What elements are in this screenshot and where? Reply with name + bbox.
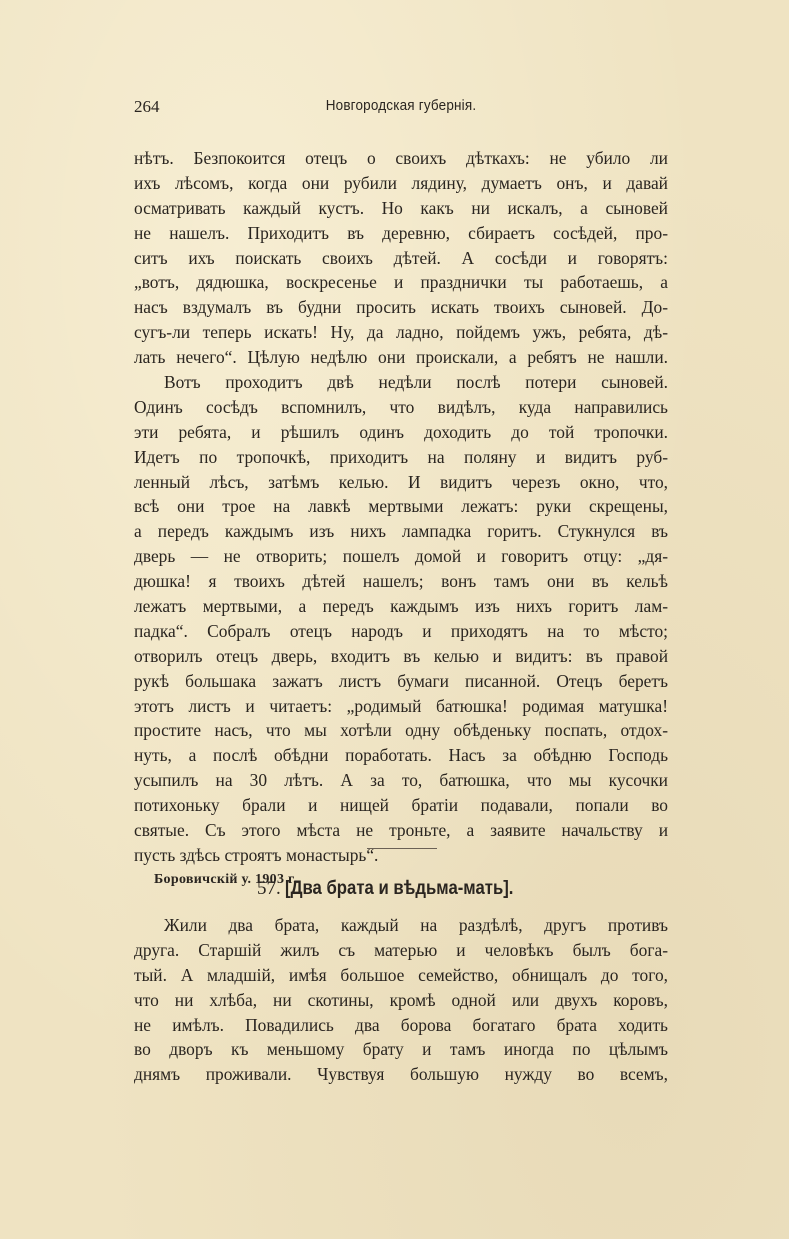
- text-line: осматривать каждый кустъ. Но какъ ни иск…: [134, 196, 668, 221]
- text-line: сугъ-ли теперь искать! Ну, да ладно, пой…: [134, 320, 668, 345]
- text-line: Одинъ сосѣдъ вспомнилъ, что видѣлъ, куда…: [134, 395, 668, 420]
- story-new: Жили два брата, каждый на раздѣлѣ, другъ…: [134, 913, 668, 1087]
- section-title: [Два брата и вѣдьма-мать].: [285, 876, 513, 902]
- text-line: а передъ каждымъ изъ нихъ лампадка горит…: [134, 519, 668, 544]
- page-number: 264: [134, 97, 160, 117]
- text-line: насъ вздумалъ въ будни просить искать тв…: [134, 295, 668, 320]
- text-line: падка“. Собралъ отецъ народъ и приходятъ…: [134, 619, 668, 644]
- text-line: усыпилъ на 30 лѣтъ. А за то, батюшка, чт…: [134, 768, 668, 793]
- text-line: пусть здѣсь строятъ монастырь“.: [134, 843, 668, 868]
- text-line: рукѣ большака зажатъ листъ бумаги писанн…: [134, 669, 668, 694]
- section-heading: 57. [Два брата и вѣдьма-мать].: [134, 876, 668, 902]
- text-line: Идетъ по тропочкѣ, приходитъ на поляну и…: [134, 445, 668, 470]
- story-continued: нѣтъ. Безпокоится отецъ о своихъ дѣткахъ…: [134, 146, 668, 893]
- text-line: Вотъ проходитъ двѣ недѣли послѣ потери с…: [134, 370, 668, 395]
- text-line: эти ребята, и рѣшилъ одинъ доходить до т…: [134, 420, 668, 445]
- running-head: 264 Новгородская губернія.: [134, 97, 668, 121]
- text-line: этотъ листъ и читаетъ: „родимый батюшка!…: [134, 694, 668, 719]
- text-line: ситъ ихъ поискать своихъ дѣтей. А сосѣди…: [134, 246, 668, 271]
- text-line: днямъ проживали. Чувствуя большую нужду …: [134, 1062, 668, 1087]
- text-line: лежатъ мертвыми, а передъ каждымъ изъ ни…: [134, 594, 668, 619]
- text-line: дюшка! я твоихъ дѣтей нашелъ; вонъ тамъ …: [134, 569, 668, 594]
- text-line: Жили два брата, каждый на раздѣлѣ, другъ…: [134, 913, 668, 938]
- text-line: нѣтъ. Безпокоится отецъ о своихъ дѣткахъ…: [134, 146, 668, 171]
- text-line: простите насъ, что мы хотѣли одну обѣден…: [134, 718, 668, 743]
- text-line: не нашелъ. Приходитъ въ деревню, сбирает…: [134, 221, 668, 246]
- text-line: нуть, а послѣ обѣдни поработать. Насъ за…: [134, 743, 668, 768]
- text-line: дверь — не отворить; пошелъ домой и гово…: [134, 544, 668, 569]
- text-line: друга. Старшій жилъ съ матерью и человѣк…: [134, 938, 668, 963]
- text-line: не имѣлъ. Повадились два борова богатаго…: [134, 1013, 668, 1038]
- text-line: отворилъ отецъ дверь, входитъ въ келью и…: [134, 644, 668, 669]
- running-title: Новгородская губернія.: [161, 97, 642, 114]
- text-line: ихъ лѣсомъ, когда они рубили лядину, дум…: [134, 171, 668, 196]
- text-line: святые. Съ этого мѣста не троньте, а зая…: [134, 818, 668, 843]
- text-line: во дворъ къ меньшому брату и тамъ иногда…: [134, 1037, 668, 1062]
- text-line: ленный лѣсъ, затѣмъ келью. И видитъ чере…: [134, 470, 668, 495]
- section-divider: [367, 848, 437, 849]
- text-line: всѣ они трое на лавкѣ мертвыми лежатъ: р…: [134, 494, 668, 519]
- text-line: тый. А младшій, имѣя большое семейство, …: [134, 963, 668, 988]
- text-line: потихоньку брали и нищей братіи подавали…: [134, 793, 668, 818]
- section-number: 57.: [257, 878, 281, 899]
- text-line: лать нечего“. Цѣлую недѣлю они проискали…: [134, 345, 668, 370]
- text-line: что ни хлѣба, ни скотины, кромѣ одной ил…: [134, 988, 668, 1013]
- text-line: „вотъ, дядюшка, воскресенье и празднички…: [134, 270, 668, 295]
